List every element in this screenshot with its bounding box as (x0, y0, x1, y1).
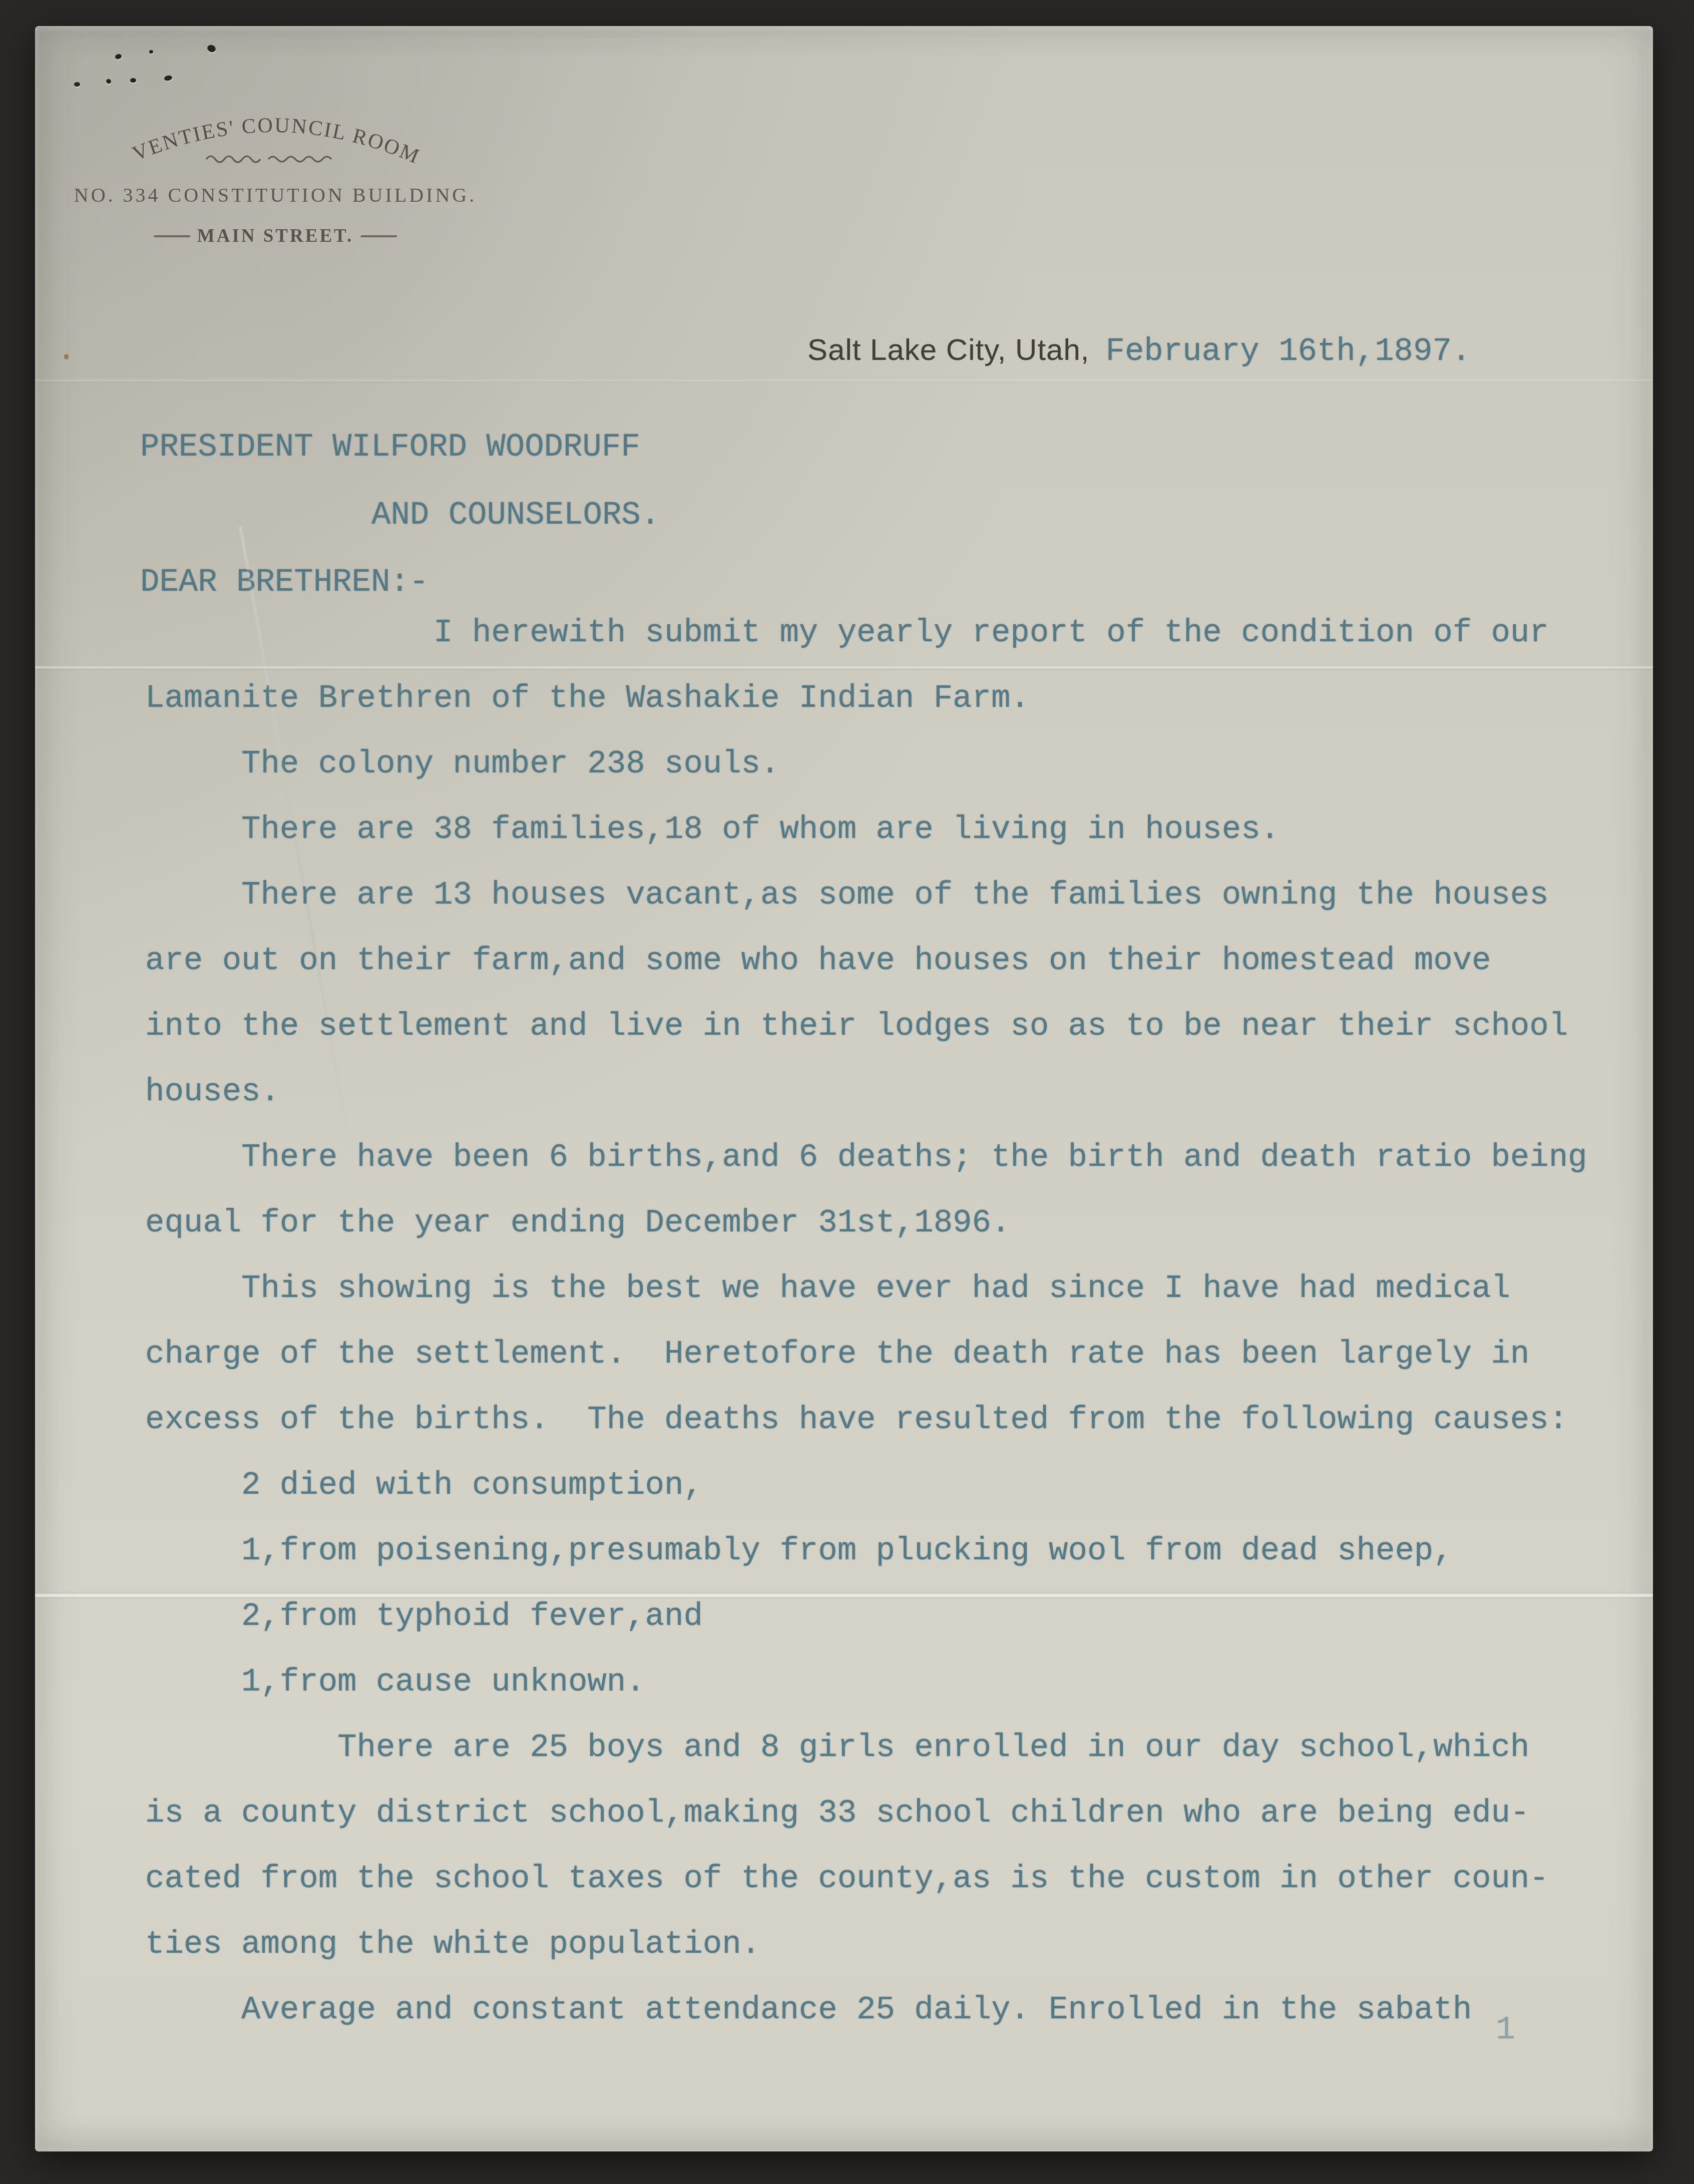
dateline-date: February 16th,1897. (1105, 334, 1471, 370)
photo-background: SEVENTIES' COUNCIL ROOMS. NO. 334 CONSTI… (0, 0, 1694, 2184)
street-dash-left-icon (154, 235, 190, 237)
body-line: Lamanite Brethren of the Washakie Indian… (145, 666, 1617, 732)
body-line: cated from the school taxes of the count… (145, 1847, 1617, 1912)
letter-body: I herewith submit my yearly report of th… (145, 601, 1617, 2043)
letterhead-street: MAIN STREET. (154, 225, 397, 247)
body-line: charge of the settlement. Heretofore the… (145, 1322, 1617, 1388)
body-line: There are 25 boys and 8 girls enrolled i… (145, 1715, 1617, 1781)
letterhead-street-label: MAIN STREET. (197, 225, 354, 247)
letterhead-divider-flourish (204, 152, 339, 165)
fold-crease-top (35, 378, 1653, 383)
letterhead: SEVENTIES' COUNCIL ROOMS. NO. 334 CONSTI… (35, 26, 1653, 286)
body-line: houses. (145, 1060, 1617, 1125)
street-dash-right-icon (360, 235, 396, 237)
body-line: I herewith submit my yearly report of th… (145, 601, 1617, 666)
body-line: into the settlement and live in their lo… (145, 994, 1617, 1060)
letterhead-address: NO. 334 CONSTITUTION BUILDING. (74, 183, 477, 207)
body-line: Average and constant attendance 25 daily… (145, 1978, 1617, 2043)
stray-character: 1 (1496, 2012, 1515, 2048)
body-line: There are 38 families,18 of whom are liv… (145, 797, 1617, 863)
dateline-place: Salt Lake City, Utah, (807, 332, 1089, 367)
salutation: DEAR BRETHREN:- (140, 565, 429, 601)
body-line: equal for the year ending December 31st,… (145, 1191, 1617, 1256)
recipient-line-2: AND COUNSELORS. (371, 498, 660, 534)
body-line: are out on their farm,and some who have … (145, 929, 1617, 994)
body-line: 1,from cause unknown. (145, 1650, 1617, 1715)
body-line: There have been 6 births,and 6 deaths; t… (145, 1125, 1617, 1191)
letter-paper: SEVENTIES' COUNCIL ROOMS. NO. 334 CONSTI… (35, 26, 1653, 2151)
body-line: is a county district school,making 33 sc… (145, 1781, 1617, 1847)
body-line: excess of the births. The deaths have re… (145, 1388, 1617, 1453)
body-line: 2,from typhoid fever,and (145, 1584, 1617, 1650)
body-line: The colony number 238 souls. (145, 732, 1617, 797)
rust-speck (64, 354, 69, 359)
body-line: 2 died with consumption, (145, 1453, 1617, 1519)
recipient-line-1: PRESIDENT WILFORD WOODRUFF (140, 429, 640, 466)
body-line: ties among the white population. (145, 1912, 1617, 1978)
dateline: Salt Lake City, Utah, February 16th,1897… (807, 332, 1471, 370)
body-line: This showing is the best we have ever ha… (145, 1256, 1617, 1322)
body-line: There are 13 houses vacant,as some of th… (145, 863, 1617, 929)
body-line: 1,from poisening,presumably from pluckin… (145, 1519, 1617, 1584)
